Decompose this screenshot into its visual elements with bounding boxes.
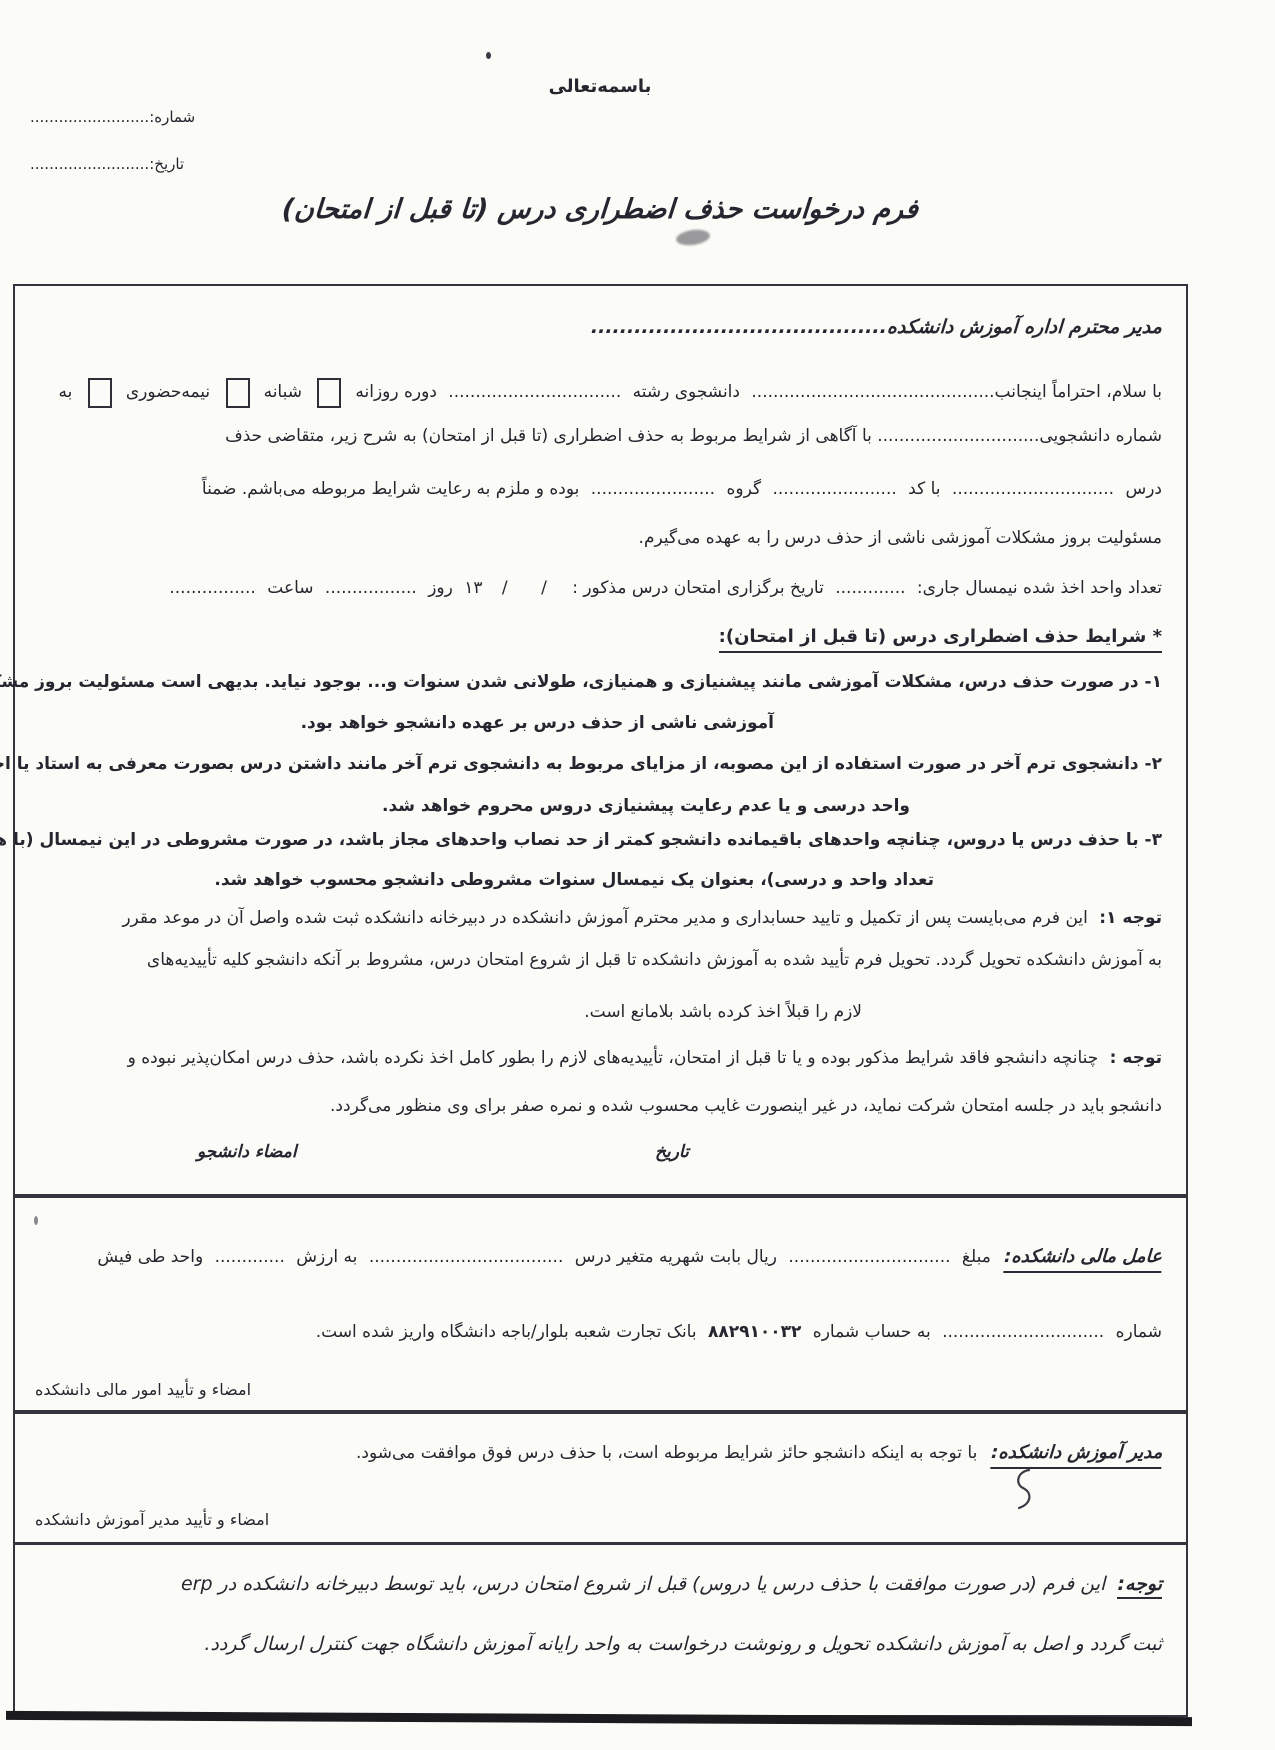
footer-note-box: توجه: این فرم (در صورت موافقت با حذف درس… [13, 1543, 1188, 1717]
day-blank: ................. [325, 578, 417, 598]
condition-1-line-2: آموزشی ناشی از حذف درس بر عهده دانشجو خو… [35, 713, 1162, 733]
finance-account-line: شماره .............................. به … [35, 1322, 1162, 1342]
exam-date-label: تاریخ برگزاری امتحان درس مذکور : [572, 578, 824, 598]
form-number-field: شماره:......................... [30, 108, 250, 126]
course-name-blank: .................................... [369, 1247, 564, 1267]
note-1-line-3: لازم را قبلاً اخذ کرده باشد بلامانع است. [35, 1002, 1162, 1022]
main-request-box: مدیر محترم اداره آموزش دانشکده..........… [13, 284, 1188, 1196]
value-blank: ............. [215, 1247, 285, 1267]
bank-text: بانک تجارت شعبه بلوار/باجه دانشگاه واریز… [316, 1322, 697, 1342]
scanned-form-page: باسمه‌تعالی شماره:......................… [0, 0, 1275, 1750]
course-code-line: درس .............................. با کد… [35, 479, 1162, 499]
account-number: ۸۸۲۹۱۰۰۳۲ [708, 1322, 801, 1342]
parttime-checkbox [88, 378, 112, 408]
condition-1-line-1: ۱- در صورت حذف درس، مشکلات آموزشی مانند … [35, 672, 1162, 692]
date-slash: / [541, 578, 547, 598]
date-signature-label: تاریخ [655, 1142, 689, 1162]
greeting-line: با سلام، احتراماً اینجانب...............… [35, 378, 1162, 406]
condition-3-line-2: تعداد واحد و درسی)، بعنوان یک نیمسال سنو… [35, 870, 1162, 890]
scan-speck [486, 52, 491, 59]
note-2-line-1: توجه : چنانچه دانشجو فاقد شرایط مذکور بو… [35, 1048, 1162, 1068]
form-date-field: تاریخ:......................... [30, 155, 250, 173]
finance-signature-label: امضاء و تأیید امور مالی دانشکده [35, 1380, 1162, 1399]
page-title: فرم درخواست حذف اضطراری درس (تا قبل از ا… [0, 194, 1201, 225]
units-blank: ............. [835, 578, 905, 598]
account-label: به حساب شماره [813, 1322, 931, 1342]
finance-box: عامل مالی دانشکده: مبلغ ................… [13, 1196, 1188, 1412]
unit-receipt-label: واحد طی فیش [97, 1247, 203, 1267]
finance-amount-line: عامل مالی دانشکده: مبلغ ................… [35, 1246, 1162, 1273]
condition-3-line-1: ۳- با حذف درس یا دروس، چنانچه واحدهای با… [35, 830, 1162, 850]
date-slash: / [502, 578, 508, 598]
finance-heading: عامل مالی دانشکده: [1004, 1246, 1163, 1273]
hour-label: ساعت [267, 578, 313, 598]
education-manager-box: مدیر آموزش دانشکده: با توجه به اینکه دان… [13, 1412, 1188, 1544]
conditions-heading: * شرایط حذف اضطراری درس (تا قبل از امتحا… [35, 626, 1162, 647]
footer-note-text-1: این فرم (در صورت موافقت با حذف درس یا در… [181, 1573, 1105, 1595]
obligation-text: بوده و ملزم به رعایت شرایط مربوطه می‌باش… [202, 479, 579, 499]
greeting-tail: به [59, 382, 73, 402]
note-1-text: این فرم می‌بایست پس از تکمیل و تایید حسا… [122, 908, 1088, 928]
note-2-label: توجه : [1110, 1048, 1162, 1068]
handwritten-mark [1007, 1466, 1041, 1512]
option-daytime-label: دوره روزانه [355, 382, 437, 402]
value-label: به ارزش [296, 1247, 357, 1267]
daytime-checkbox [317, 378, 341, 408]
code-blank: ....................... [772, 479, 896, 499]
condition-2-line-2: واحد درسی و یا عدم رعایت پیشنیازی دروس م… [35, 796, 1162, 816]
group-label: گروه [726, 479, 761, 499]
major-label: دانشجوی رشته [633, 382, 740, 402]
course-label: درس [1125, 479, 1162, 499]
footer-note-line-1: توجه: این فرم (در صورت موافقت با حذف درس… [35, 1573, 1162, 1595]
hour-blank: ................ [169, 578, 255, 598]
student-id-line: شماره دانشجویی..........................… [35, 426, 1162, 446]
group-blank: ....................... [591, 479, 715, 499]
major-blank: ................................ [448, 382, 621, 402]
greeting-intro: با سلام، احتراماً اینجانب...............… [751, 382, 1162, 402]
manager-signature-label: امضاء و تأیید مدیر آموزش دانشکده [35, 1510, 1162, 1529]
footer-note-label: توجه: [1117, 1573, 1162, 1599]
year-prefix: ۱۳ [464, 578, 482, 598]
conditions-heading-text: * شرایط حذف اضطراری درس (تا قبل از امتحا… [719, 626, 1162, 653]
amount-blank: .............................. [788, 1247, 950, 1267]
day-label: روز [428, 578, 453, 598]
note-1-line-2: به آموزش دانشکده تحویل گردد. تحویل فرم ت… [35, 950, 1162, 970]
evening-checkbox [226, 378, 250, 408]
approval-text: با توجه به اینکه دانشجو حائز شرایط مربوط… [356, 1443, 977, 1463]
note-2-text: چنانچه دانشجو فاقد شرایط مذکور بوده و یا… [128, 1048, 1099, 1068]
receipt-number-blank: .............................. [942, 1322, 1104, 1342]
option-evening-label: شبانه [264, 382, 302, 402]
amount-label: مبلغ [962, 1247, 991, 1267]
responsibility-line: مسئولیت بروز مشکلات آموزشی ناشی از حذف د… [35, 528, 1162, 548]
condition-2-line-1: ۲- دانشجوی ترم آخر در صورت استفاده از ای… [35, 754, 1162, 774]
manager-approval-line: مدیر آموزش دانشکده: با توجه به اینکه دان… [35, 1442, 1162, 1469]
units-exam-date-line: تعداد واحد اخذ شده نیمسال جاری: ........… [35, 578, 1162, 598]
course-blank: .............................. [952, 479, 1114, 499]
note-1-label: توجه ۱: [1099, 908, 1162, 928]
footer-note-line-2: ثبت گردد و اصل به آموزش دانشکده تحویل و … [35, 1633, 1162, 1655]
bismillah-text: باسمه‌تعالی [0, 76, 1200, 97]
units-label: تعداد واحد اخذ شده نیمسال جاری: [917, 578, 1162, 598]
note-1-line-1: توجه ۱: این فرم می‌بایست پس از تکمیل و ت… [35, 908, 1162, 928]
student-signature-label: امضاء دانشجو [197, 1142, 297, 1162]
ink-smudge [675, 228, 711, 248]
tuition-label: ریال بابت شهریه متغیر درس [575, 1247, 777, 1267]
education-manager-heading: مدیر آموزش دانشکده: [990, 1442, 1163, 1469]
option-parttime-label: نیمه‌حضوری [126, 382, 210, 402]
code-label: با کد [908, 479, 940, 499]
receipt-number-label: شماره [1116, 1322, 1162, 1342]
addressee-line: مدیر محترم اداره آموزش دانشکده..........… [34, 316, 1162, 338]
note-2-line-2: دانشجو باید در جلسه امتحان شرکت نماید، د… [35, 1096, 1162, 1116]
